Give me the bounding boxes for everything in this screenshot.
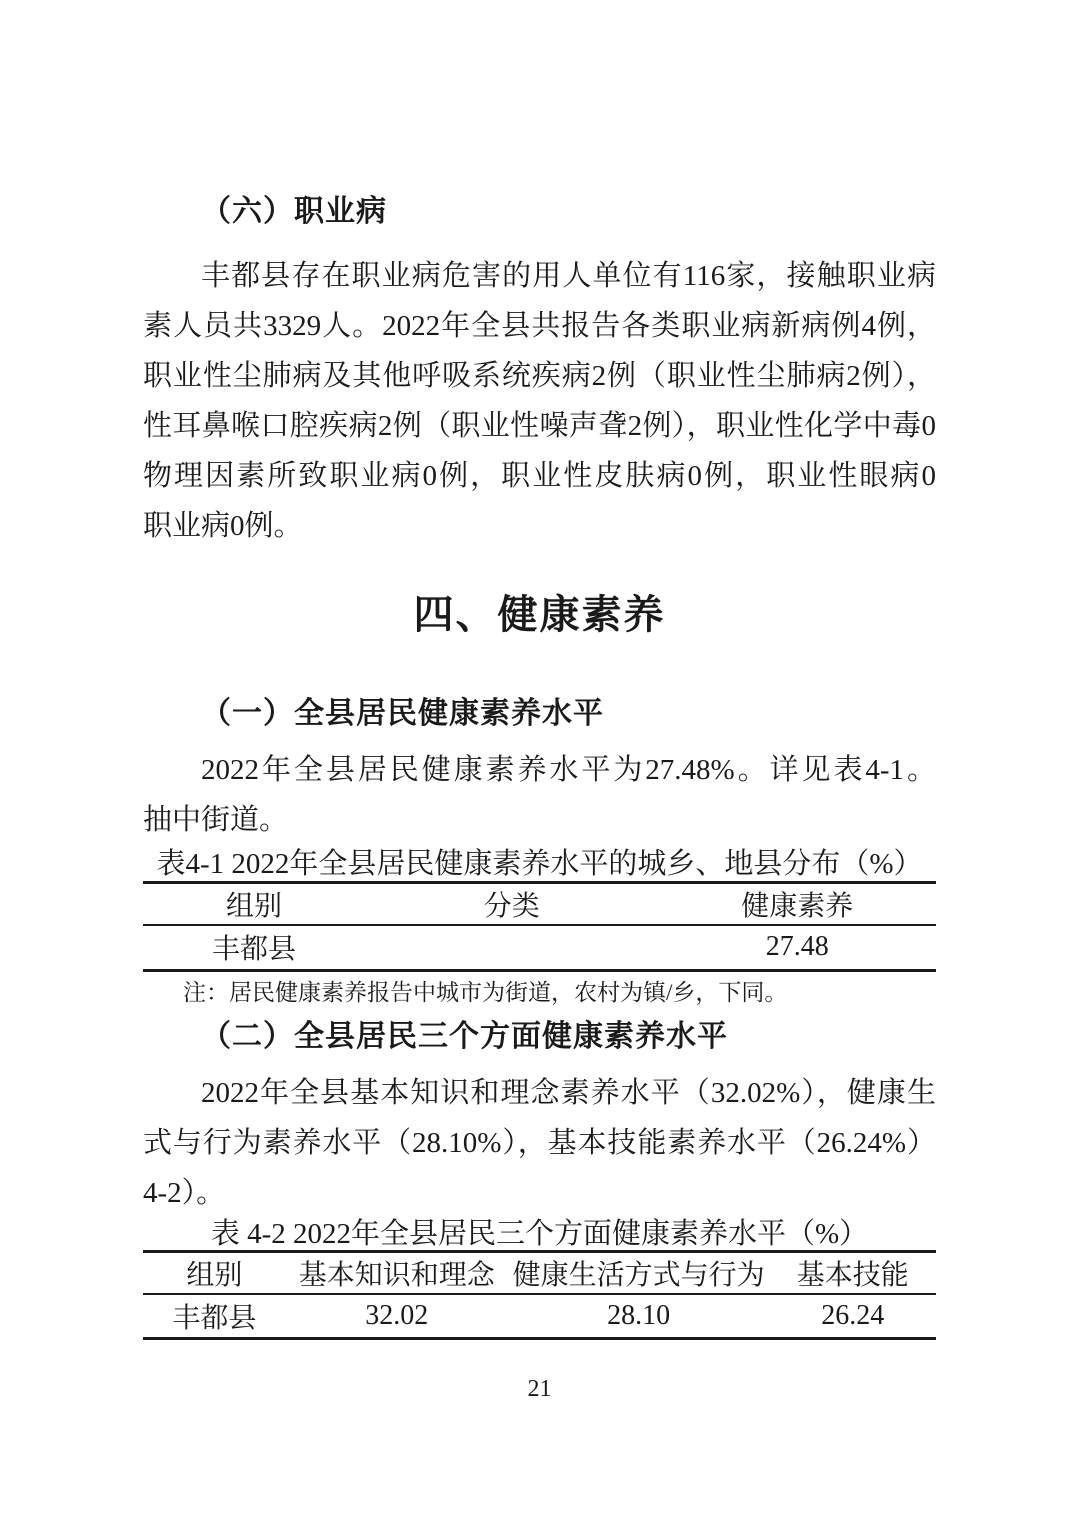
table-cell: 27.48 [658,925,936,970]
page-number: 21 [143,1374,936,1404]
table-4-2: 组别 基本知识和理念 健康生活方式与行为 基本技能 丰都县 32.02 28.1… [143,1250,936,1341]
table-header-cell: 组别 [143,1251,286,1294]
table-cell: 32.02 [286,1294,508,1339]
paragraph-line: 物理因素所致职业病0例，职业性皮肤病0例，职业性眼病0例，其他 [143,451,936,501]
paragraph-line: 抽中街道。 [143,795,936,845]
document-page: （六）职业病 丰都县存在职业病危害的用人单位有116家，接触职业病危害因 素人员… [0,0,1075,1520]
table-header-cell: 组别 [143,883,365,926]
table-row: 丰都县 27.48 [143,925,936,970]
section-heading-three-aspects: （二）全县居民三个方面健康素养水平 [143,1020,936,1054]
paragraph-line: 职业性尘肺病及其他呼吸系统疾病2例（职业性尘肺病2例），职业 [143,351,936,401]
paragraph-line: 2022年全县基本知识和理念素养水平（32.02%），健康生活方 [143,1068,936,1118]
table-header-cell: 基本知识和理念 [286,1251,508,1294]
table-4-1: 组别 分类 健康素养 丰都县 27.48 [143,881,936,972]
table-cell: 丰都县 [143,925,365,970]
table-4-1-caption: 表4-1 2022年全县居民健康素养水平的城乡、地县分布（%） [143,847,936,881]
table-4-2-caption: 表 4-2 2022年全县居民三个方面健康素养水平（%） [143,1218,936,1250]
table-row: 丰都县 32.02 28.10 26.24 [143,1294,936,1339]
section-heading-county-literacy-level: （一）全县居民健康素养水平 [143,697,936,731]
table-cell: 26.24 [769,1294,936,1339]
paragraph-line: 丰都县存在职业病危害的用人单位有116家，接触职业病危害因 [143,251,936,301]
paragraph-line: 素人员共3329人。2022年全县共报告各类职业病新病例4例，其中： [143,301,936,351]
paragraph-line: 性耳鼻喉口腔疾病2例（职业性噪声聋2例），职业性化学中毒0例， [143,401,936,451]
paragraph-line: 职业病0例。 [143,501,936,551]
table-cell: 28.10 [508,1294,770,1339]
paragraph-line: 式与行为素养水平（28.10%），基本技能素养水平（26.24%）（表 [143,1118,936,1168]
table-header-cell: 基本技能 [769,1251,936,1294]
paragraph-literacy-level: 2022年全县居民健康素养水平为27.48%。详见表4-1。2022年未 抽中街… [143,745,936,845]
table-header-cell: 健康生活方式与行为 [508,1251,770,1294]
table-header-cell: 健康素养 [658,883,936,926]
page-content: （六）职业病 丰都县存在职业病危害的用人单位有116家，接触职业病危害因 素人员… [143,0,936,1404]
table-cell: 丰都县 [143,1294,286,1339]
table-4-1-note: 注：居民健康素养报告中城市为街道，农村为镇/乡，下同。 [143,978,936,1008]
paragraph-occupational-disease: 丰都县存在职业病危害的用人单位有116家，接触职业病危害因 素人员共3329人。… [143,251,936,551]
table-cell [365,925,658,970]
section-heading-occupational-disease: （六）职业病 [143,195,936,229]
table-header-row: 组别 分类 健康素养 [143,883,936,926]
paragraph-line: 2022年全县居民健康素养水平为27.48%。详见表4-1。2022年未 [143,745,936,795]
table-header-cell: 分类 [365,883,658,926]
paragraph-line: 4-2）。 [143,1168,936,1218]
chapter-heading-health-literacy: 四、健康素养 [143,591,936,639]
table-header-row: 组别 基本知识和理念 健康生活方式与行为 基本技能 [143,1251,936,1294]
paragraph-three-aspects: 2022年全县基本知识和理念素养水平（32.02%），健康生活方 式与行为素养水… [143,1068,936,1218]
